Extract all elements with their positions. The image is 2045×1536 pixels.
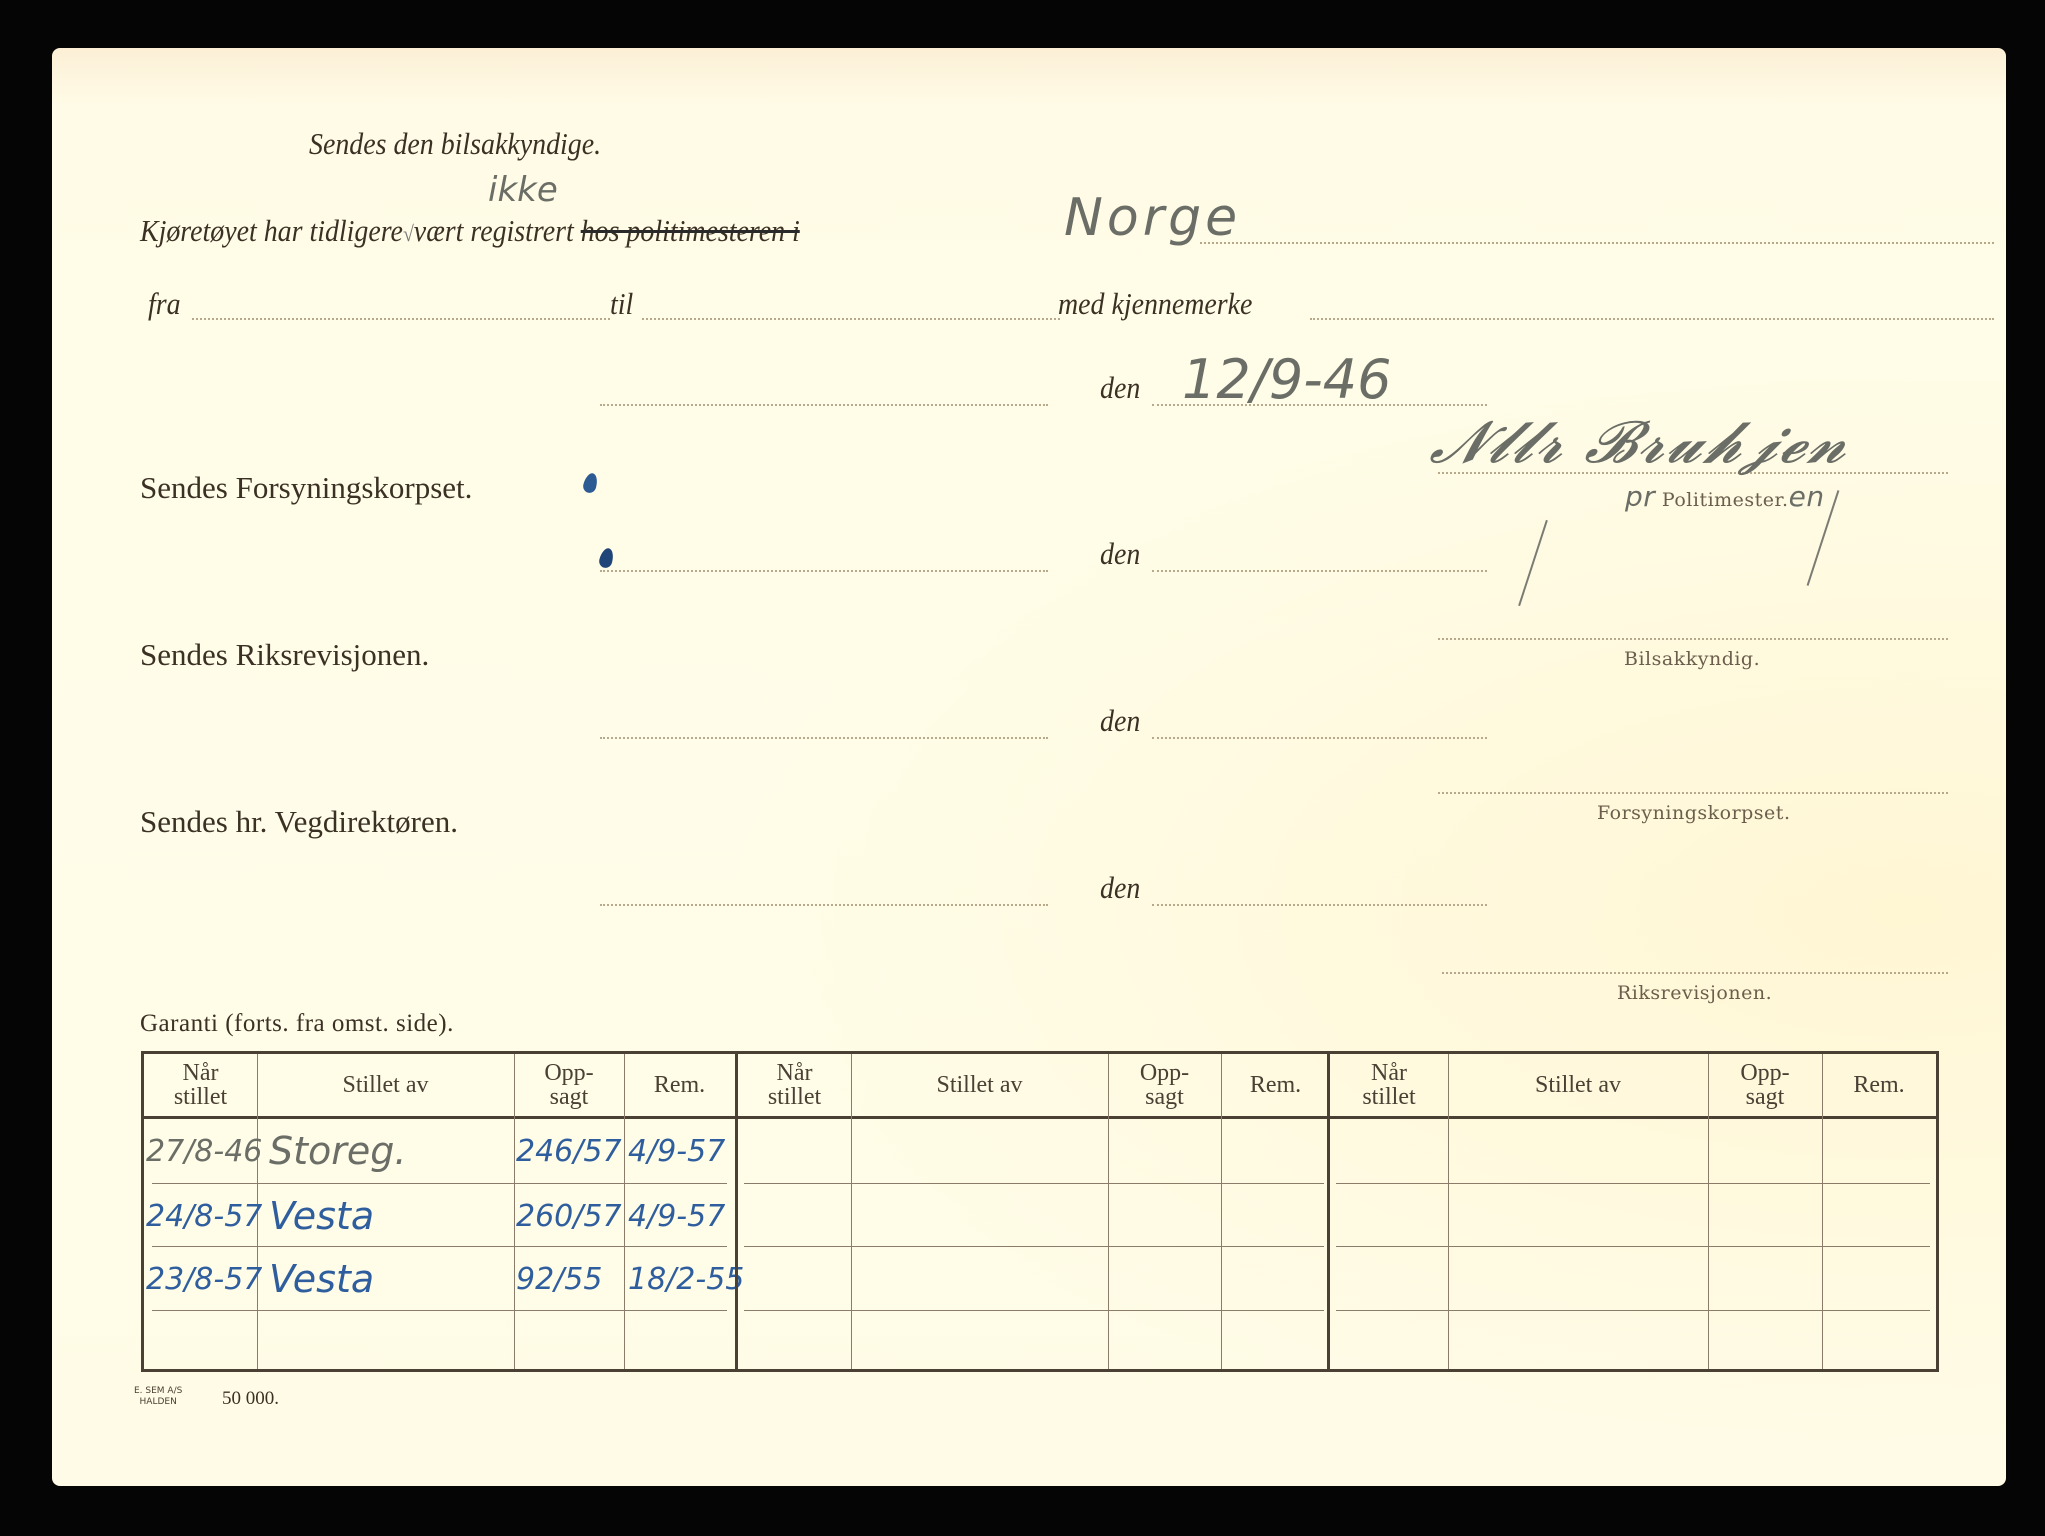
caption-bilsakkyndig: Bilsakkyndig. [1624, 648, 1760, 670]
dotted-line [1200, 242, 1994, 244]
table-group-1: Nårstillet Stillet av Opp-sagt Rem. 27/8… [144, 1054, 735, 1369]
printer-imprint: E. SEM A/S HALDEN [134, 1386, 182, 1408]
col-header-naar: Nårstillet [738, 1054, 851, 1116]
send-to-vegdirektoren: Sendes hr. Vegdirektøren. [140, 804, 458, 840]
registration-line: Kjøretøyet har tidligere√vært registrert… [140, 213, 800, 249]
heading: Sendes den bilsakkyndige. [309, 126, 601, 162]
print-run: 50 000. [222, 1388, 279, 1410]
place-field-2[interactable] [600, 570, 1048, 572]
registration-prefix: Kjøretøyet har tidligere [140, 213, 403, 248]
plate-label: med kjennemerke [1058, 286, 1252, 322]
place-field-4[interactable] [600, 904, 1048, 906]
date-field-3[interactable] [1152, 737, 1487, 739]
date-field-4[interactable] [1152, 904, 1487, 906]
date-field-2[interactable] [1152, 570, 1487, 572]
row-divider [152, 1310, 727, 1311]
cell-oppsagt-2[interactable]: 260/57 [516, 1185, 622, 1247]
column-divider [1108, 1054, 1109, 1369]
to-field[interactable] [642, 318, 1060, 320]
row-divider [152, 1183, 727, 1184]
cell-naar-1[interactable]: 27/8-46 [146, 1120, 256, 1182]
signature-line-riksrevisjonen[interactable] [1442, 972, 1948, 974]
signature-line-forsyningskorpset[interactable] [1438, 792, 1948, 794]
struck-text: hos politimesteren i [581, 213, 800, 248]
handwritten-insert: ikke [488, 170, 558, 210]
guarantee-title: Garanti (forts. fra omst. side). [140, 1010, 454, 1038]
to-label: til [610, 286, 633, 322]
row-divider [1336, 1183, 1930, 1184]
date-label-4: den [1100, 870, 1140, 906]
registration-middle: vært registrert [414, 213, 574, 248]
cell-stillet-av-2[interactable]: Vesta [269, 1185, 509, 1247]
caption-politimester: pr Politimester.en [1625, 480, 1825, 513]
col-header-naar: Nårstillet [1330, 1054, 1448, 1116]
row-divider [1336, 1246, 1930, 1247]
col-header-naar: Nårstillet [144, 1054, 257, 1116]
empty-row-4[interactable] [146, 1312, 733, 1370]
col-header-stillet-av: Stillet av [851, 1054, 1108, 1116]
cell-naar-2[interactable]: 24/8-57 [146, 1185, 256, 1247]
date-label-1: den [1100, 370, 1140, 406]
col-header-oppsagt: Opp-sagt [1708, 1054, 1822, 1116]
col-header-rem: Rem. [1822, 1054, 1936, 1116]
col-header-rem: Rem. [624, 1054, 735, 1116]
ink-blot [598, 547, 616, 570]
cell-rem-1[interactable]: 4/9-57 [628, 1120, 734, 1182]
row-divider [744, 1183, 1324, 1184]
signature-stroke [1518, 520, 1548, 606]
date-label-2: den [1100, 536, 1140, 572]
caption-riksrevisjonen: Riksrevisjonen. [1617, 982, 1772, 1004]
send-to-forsyningskorpset: Sendes Forsyningskorpset. [140, 470, 472, 506]
table-group-2: Nårstillet Stillet av Opp-sagt Rem. [735, 1054, 1330, 1369]
row-divider [744, 1246, 1324, 1247]
place-field-1[interactable] [600, 404, 1048, 406]
cell-stillet-av-3[interactable]: Vesta [269, 1248, 509, 1310]
plate-field[interactable] [1310, 318, 1994, 320]
col-header-oppsagt: Opp-sagt [1108, 1054, 1221, 1116]
cell-stillet-av-1[interactable]: Storeg. [269, 1120, 509, 1182]
signature-scribble: 𝓝𝓵𝓵𝓻 𝓑𝓻𝓾𝓱𝓳𝓮𝓷 [1426, 408, 1856, 477]
column-divider [1221, 1054, 1222, 1369]
col-header-stillet-av: Stillet av [1448, 1054, 1708, 1116]
place-field-3[interactable] [600, 737, 1048, 739]
col-header-oppsagt: Opp-sagt [514, 1054, 624, 1116]
col-header-rem: Rem. [1221, 1054, 1330, 1116]
cell-naar-3[interactable]: 23/8-57 [146, 1248, 256, 1310]
cell-oppsagt-3[interactable]: 92/55 [516, 1248, 622, 1310]
row-divider [744, 1310, 1324, 1311]
ink-blot [582, 472, 600, 495]
column-divider [1822, 1054, 1823, 1369]
handwritten-place: Norge [1064, 188, 1241, 248]
row-divider [1336, 1310, 1930, 1311]
col-header-stillet-av: Stillet av [257, 1054, 514, 1116]
cell-rem-2[interactable]: 4/9-57 [628, 1185, 734, 1247]
column-divider [1708, 1054, 1709, 1369]
from-label: fra [148, 286, 181, 322]
cell-rem-3[interactable]: 18/2-55 [628, 1248, 734, 1310]
caption-forsyningskorpset: Forsyningskorpset. [1597, 802, 1790, 824]
cell-oppsagt-1[interactable]: 246/57 [516, 1120, 622, 1182]
handwritten-date-1: 12/9-46 [1182, 348, 1391, 411]
column-divider [1448, 1054, 1449, 1369]
send-to-riksrevisjonen: Sendes Riksrevisjonen. [140, 637, 429, 673]
signature-line-bilsakkyndig[interactable] [1438, 638, 1948, 640]
from-field[interactable] [192, 318, 610, 320]
column-divider [851, 1054, 852, 1369]
guarantee-table: Nårstillet Stillet av Opp-sagt Rem. 27/8… [141, 1051, 1939, 1372]
date-label-3: den [1100, 703, 1140, 739]
table-group-3: Nårstillet Stillet av Opp-sagt Rem. [1327, 1054, 1936, 1369]
